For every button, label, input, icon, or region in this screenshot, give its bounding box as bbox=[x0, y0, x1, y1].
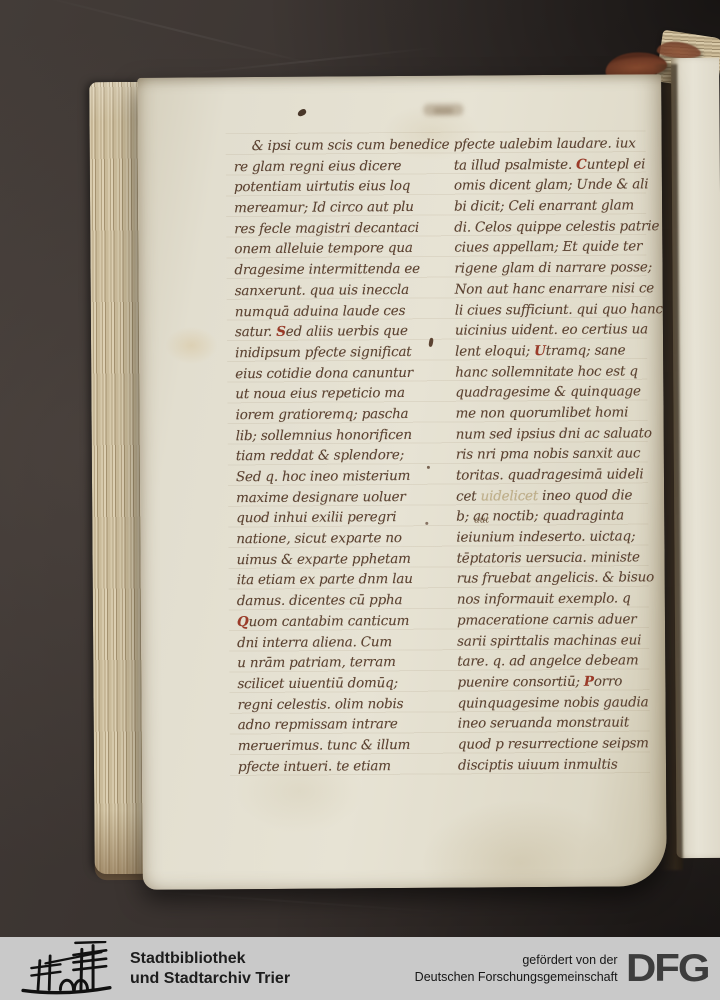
manuscript-line: quod inhui exilii peregri bbox=[236, 507, 436, 529]
manuscript-line: maxime designare uoluer bbox=[236, 486, 436, 508]
parchment-page: & ipsi cum scis cum benedicere glam regn… bbox=[137, 74, 667, 890]
manuscript-line: Sed q. hoc ineo misterium bbox=[236, 466, 436, 488]
manuscript-line: Non aut hanc enarrare nisi ce bbox=[455, 278, 655, 300]
manuscript-line: natione, sicut exparte no bbox=[236, 528, 436, 550]
manuscript-line: uicinius uident. eo certius ua bbox=[455, 319, 655, 341]
manuscript-right-column: aut pfecte ualebim laudare. iuxta illud … bbox=[454, 133, 658, 776]
interlinear-gloss: aut bbox=[474, 516, 489, 525]
manuscript-line: cet uidelicet ineo quod die bbox=[456, 485, 656, 507]
manuscript-line: regni celestis. olim nobis bbox=[237, 693, 437, 715]
manuscript-line: res fecle magistri decantaci bbox=[234, 218, 434, 240]
manuscript-line: quod p resurrectione seipsm bbox=[458, 733, 658, 755]
manuscript-line: scilicet uiuentiū domūq; bbox=[237, 673, 437, 695]
digitization-footer-bar: Stadtbibliothek und Stadtarchiv Trier ge… bbox=[0, 937, 720, 1000]
manuscript-line: re glam regni eius dicere bbox=[234, 155, 434, 177]
manuscript-line: toritas. quadragesimā uideli bbox=[456, 464, 656, 486]
manuscript-line: lib; sollemnius honorificen bbox=[236, 424, 436, 446]
manuscript-line: adno repmissam intrare bbox=[238, 714, 438, 736]
funding-text: gefördert von der Deutschen Forschungsge… bbox=[415, 952, 618, 985]
manuscript-line: onem alleluie tempore qua bbox=[234, 238, 434, 260]
manuscript-line: ut noua eius repeticio ma bbox=[235, 383, 435, 405]
funding-line2: Deutschen Forschungsgemeinschaft bbox=[415, 969, 618, 985]
manuscript-scan-page: & ipsi cum scis cum benedicere glam regn… bbox=[0, 0, 720, 1000]
manuscript-line: nos informauit exemplo. q bbox=[457, 588, 657, 610]
manuscript-line: num sed ipsius dni ac saluato bbox=[456, 423, 656, 445]
open-book: & ipsi cum scis cum benedicere glam regn… bbox=[87, 58, 720, 902]
library-name-line2: und Stadtarchiv Trier bbox=[130, 969, 290, 989]
manuscript-line: quadragesime & quinquage bbox=[455, 382, 655, 404]
library-name-line1: Stadtbibliothek bbox=[130, 949, 290, 969]
manuscript-line: tare. q. ad angelce debeam bbox=[457, 650, 657, 672]
manuscript-left-column: & ipsi cum scis cum benedicere glam regn… bbox=[234, 135, 438, 778]
manuscript-line: u nrām patriam, terram bbox=[237, 652, 437, 674]
manuscript-line: potentiam uirtutis eius loq bbox=[234, 176, 434, 198]
manuscript-line: inidipsum pfecte significat bbox=[235, 342, 435, 364]
manuscript-line: rus fruebat angelicis. & bisuo bbox=[457, 568, 657, 590]
page-stack-fore-edge bbox=[89, 82, 145, 874]
manuscript-line: mereamur; Id circo aut plu bbox=[234, 197, 434, 219]
manuscript-line: tēptatoris uersucia. ministe bbox=[456, 547, 656, 569]
manuscript-line: ita etiam ex parte dnm lau bbox=[237, 569, 437, 591]
porta-nigra-logo-icon bbox=[16, 941, 116, 997]
manuscript-line: tiam reddat & splendore; bbox=[236, 445, 436, 467]
manuscript-line: & ipsi cum scis cum benedice bbox=[234, 135, 434, 157]
funding-credit: gefördert von der Deutschen Forschungsge… bbox=[415, 946, 706, 991]
manuscript-line: omis dicent glam; Unde & ali bbox=[454, 175, 654, 197]
manuscript-line: ineo seruanda monstrauit bbox=[458, 712, 658, 734]
funding-line1: gefördert von der bbox=[415, 952, 618, 968]
manuscript-line: ciues appellam; Et quide ter bbox=[454, 237, 654, 259]
manuscript-line: ta illud psalmiste. Cuntepl ei bbox=[454, 154, 654, 176]
manuscript-line: damus. dicentes cū ppha bbox=[237, 590, 437, 612]
manuscript-line: dni interra aliena. Cum bbox=[237, 631, 437, 653]
manuscript-line: sarii spirttalis machinas eui bbox=[457, 630, 657, 652]
manuscript-line: li ciues sufficiunt. qui quo hanc bbox=[455, 299, 655, 321]
dfg-logo: DFG bbox=[626, 946, 708, 990]
manuscript-line: di. Celos quippe celestis patrie bbox=[454, 216, 654, 238]
library-branding: Stadtbibliothek und Stadtarchiv Trier bbox=[16, 941, 290, 997]
manuscript-line: pfecte intueri. te etiam bbox=[238, 755, 438, 777]
ink-blot bbox=[297, 108, 308, 118]
library-name: Stadtbibliothek und Stadtarchiv Trier bbox=[130, 949, 290, 988]
manuscript-line: Quom cantabim canticum bbox=[237, 611, 437, 633]
manuscript-line: sanxerunt. qua uis ineccla bbox=[235, 280, 435, 302]
manuscript-line: dragesime intermittenda ee bbox=[234, 259, 434, 281]
manuscript-line: satur. Sed aliis uerbis que bbox=[235, 321, 435, 343]
manuscript-line: ieiunium indeserto. uictaq; bbox=[456, 526, 656, 548]
manuscript-line: rigene glam di narrare posse; bbox=[454, 257, 654, 279]
manuscript-line: lent eloqui; Utramq; sane bbox=[455, 340, 655, 362]
manuscript-line: bi dicit; Celi enarrant glam bbox=[454, 195, 654, 217]
manuscript-line: meruerimus. tunc & illum bbox=[238, 735, 438, 757]
manuscript-line: pfecte ualebim laudare. iux bbox=[454, 133, 654, 155]
manuscript-line: me non quorumlibet homi bbox=[455, 402, 655, 424]
manuscript-line: quinquagesime nobis gaudia bbox=[457, 692, 657, 714]
manuscript-line: uimus & exparte pphetam bbox=[236, 549, 436, 571]
manuscript-line: pmaceratione carnis aduer bbox=[457, 609, 657, 631]
manuscript-line: puenire consortiū; Porro bbox=[457, 671, 657, 693]
faint-bleedthrough-mark bbox=[433, 108, 453, 114]
background-crease bbox=[34, 0, 326, 68]
manuscript-line: ris nri pma nobis sanxit auc bbox=[456, 444, 656, 466]
manuscript-line: hanc sollemnitate hoc est q bbox=[455, 361, 655, 383]
manuscript-line: disciptis uiuum inmultis bbox=[458, 754, 658, 776]
manuscript-line: numquā aduina laude ces bbox=[235, 300, 435, 322]
manuscript-line: eius cotidie dona canuntur bbox=[235, 362, 435, 384]
manuscript-line: iorem gratioremq; pascha bbox=[235, 404, 435, 426]
